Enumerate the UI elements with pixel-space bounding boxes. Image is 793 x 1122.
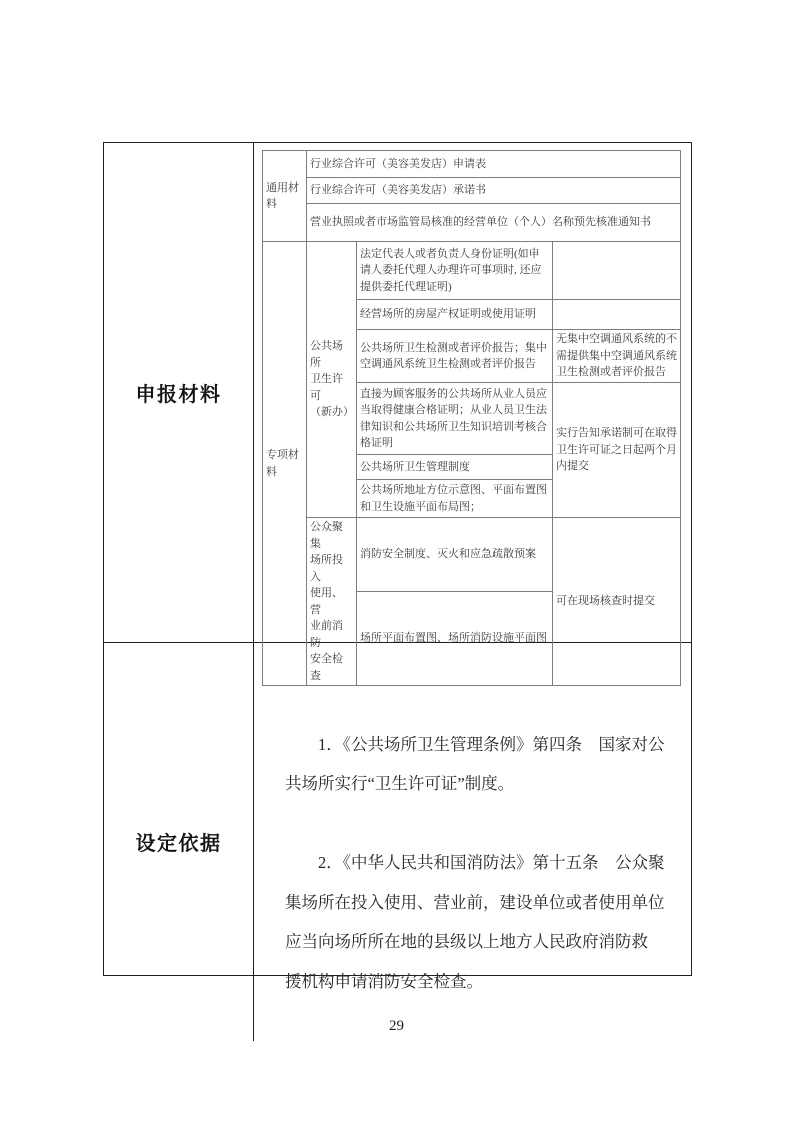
table-row: 营业执照或者市场监管局核准的经营单位（个人）名称预先核准通知书 [263,204,681,242]
basis-paragraph-1: 1．《公共场所卫生管理条例》第四条 国家对公 共场所实行“卫生许可证”制度。 [285,725,689,804]
group-fire-safety-check: 公众聚集 场所投入 使用、营 业前消防 安全检查 [307,518,357,686]
category-general: 通用材 料 [263,151,307,242]
material-item-hygiene-1: 法定代表人或者负责人身份证明(如申 请人委托代理人办理许可事项时, 还应 提供委… [357,242,553,300]
table-row: 通用材 料 行业综合许可（美容美发店）申请表 [263,151,681,178]
material-item-fire-1: 消防安全制度、灭火和应急疏散预案 [357,518,553,592]
material-item-fire-2: 场所平面布置图、场所消防设施平面图 [357,591,553,686]
basis-paragraph-2: 2．《中华人民共和国消防法》第十五条 公众聚 集场所在投入使用、营业前，建设单位… [285,843,689,1001]
material-item-hygiene-2: 经营场所的房屋产权证明或使用证明 [357,300,553,330]
basis-content-cell: 1．《公共场所卫生管理条例》第四条 国家对公 共场所实行“卫生许可证”制度。 2… [254,643,691,1041]
material-item-hygiene-3: 公共场所卫生检测或者评价报告；集中 空调通风系统卫生检测或者评价报告 [357,330,553,383]
remark-empty-2 [553,300,681,330]
table-row: 行业综合许可（美容美发店）承诺书 [263,178,681,204]
material-item-hygiene-5: 公共场所卫生管理制度 [357,455,553,480]
materials-content-cell: 通用材 料 行业综合许可（美容美发店）申请表 行业综合许可（美容美发店）承诺书 … [254,143,691,643]
table-row: 专项材 料 公共场所 卫生许可 （新办） 法定代表人或者负责人身份证明(如申 请… [263,242,681,300]
table-row: 公众聚集 场所投入 使用、营 业前消防 安全检查 消防安全制度、灭火和应急疏散预… [263,518,681,592]
remark-promise: 实行告知承诺制可在取得 卫生许可证之日起两个月 内提交 [553,383,681,518]
material-item-hygiene-6: 公共场所地址方位示意图、平面布置图 和卫生设施平面布局图； [357,480,553,518]
category-special: 专项材 料 [263,242,307,686]
remark-onsite: 可在现场核查时提交 [553,518,681,686]
page-number: 29 [0,1018,793,1035]
material-item-general-2: 行业综合许可（美容美发店）承诺书 [307,178,681,204]
group-hygiene-permit: 公共场所 卫生许可 （新办） [307,242,357,518]
remark-no-ac: 无集中空调通风系统的不 需提供集中空调通风系统 卫生检测或者评价报告 [553,330,681,383]
row-label-materials: 申报材料 [104,143,254,643]
material-item-general-3: 营业执照或者市场监管局核准的经营单位（个人）名称预先核准通知书 [307,204,681,242]
remark-empty-1 [553,242,681,300]
material-item-general-1: 行业综合许可（美容美发店）申请表 [307,151,681,178]
materials-table: 通用材 料 行业综合许可（美容美发店）申请表 行业综合许可（美容美发店）承诺书 … [262,150,681,686]
document-page: 申报材料 通用材 料 行业综合许可（美容美发店）申请表 行业综合许可（美容美发店… [0,0,793,1122]
row-label-basis: 设定依据 [104,643,254,1041]
main-table: 申报材料 通用材 料 行业综合许可（美容美发店）申请表 行业综合许可（美容美发店… [103,142,692,976]
material-item-hygiene-4: 直接为顾客服务的公共场所从业人员应 当取得健康合格证明；从业人员卫生法 律知识和… [357,383,553,455]
